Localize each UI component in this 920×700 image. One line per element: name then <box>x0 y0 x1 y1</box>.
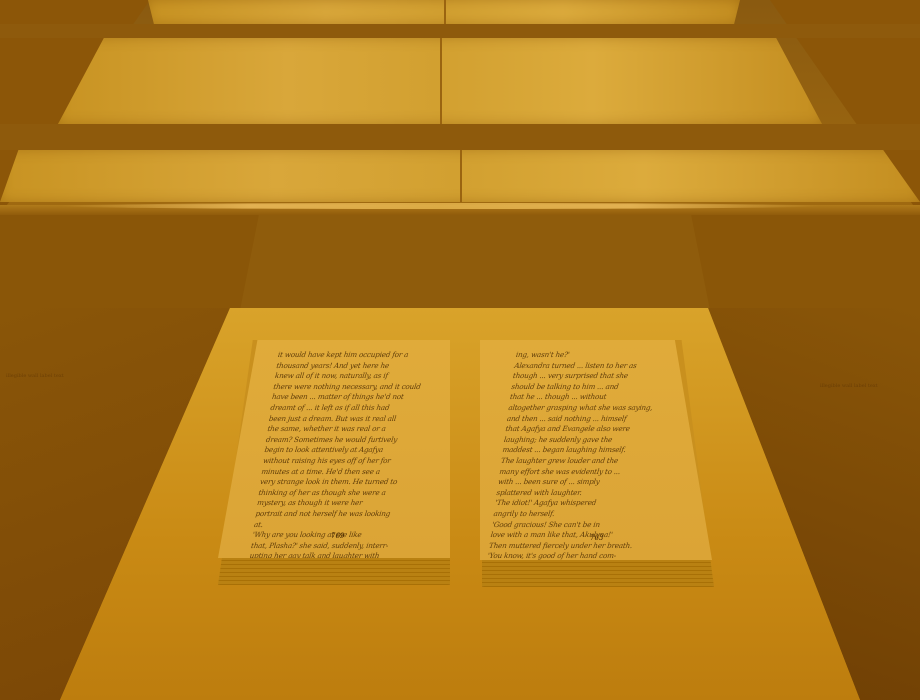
handwritten-line: with ... been sure of ... simply <box>497 477 702 488</box>
handwritten-line: the same, whether it was real or a <box>267 424 448 435</box>
handwritten-line: should be talking to him ... and <box>511 382 712 393</box>
handwritten-line: knew all of it now, naturally, as if <box>274 371 450 382</box>
page-number-right: 763 <box>590 534 603 542</box>
manuscript-page-left: it would have kept him occupied for atho… <box>218 340 450 558</box>
handwritten-line: 'Good gracious! She can't be in <box>491 520 696 531</box>
handwritten-line: that, Plasha?' she said, suddenly, inter… <box>250 541 431 552</box>
page-number-left: 769 <box>331 532 344 540</box>
handwritten-line: 'You know, it's good of her hand com- <box>487 551 692 560</box>
handwritten-line: and then ... said nothing ... himself <box>506 414 711 425</box>
handwritten-line: maddest ... began laughing himself. <box>502 445 707 456</box>
ceiling-light-panel-bottom <box>0 150 920 202</box>
glass-reflection-glint <box>60 203 820 209</box>
handwritten-line: there were nothing necessary, and it cou… <box>273 382 450 393</box>
handwritten-line: without raising his eyes off of her for <box>262 456 443 467</box>
handwritten-line: The laughter grew louder and the <box>500 456 705 467</box>
handwritten-line: mystery, as though it were her <box>256 498 437 509</box>
handwritten-line: upting her gay talk and laughter with <box>249 551 430 558</box>
museum-display-scene: illegible wall label text illegible wall… <box>0 0 920 700</box>
handwritten-line: 'The idiot!' Agafya whispered <box>494 498 699 509</box>
handwritten-line: minutes at a time. He'd then see a <box>261 467 442 478</box>
handwritten-line: altogether grasping what she was saying, <box>508 403 712 414</box>
handwritten-line: splattered with laughter. <box>496 488 701 499</box>
ceiling-beam <box>0 24 920 38</box>
handwritten-text-left: it would have kept him occupied for atho… <box>241 350 450 558</box>
handwritten-line: that he ... though ... without <box>509 392 712 403</box>
handwritten-line: at. <box>253 520 434 531</box>
ceiling-light-panel-middle <box>58 38 822 124</box>
handwritten-text-right: ing, wasn't he?' Alexandra turned ... li… <box>480 350 712 560</box>
handwritten-line: that Agafya and Evangele also were <box>505 424 710 435</box>
ceiling-light-panel-top <box>148 0 740 24</box>
ceiling <box>0 0 920 215</box>
ceiling-beam <box>0 124 920 150</box>
left-wall-label: illegible wall label text <box>6 373 64 379</box>
right-wall-label: illegible wall label text <box>820 383 878 389</box>
handwritten-line: Then muttered fiercely under her breath. <box>488 541 693 552</box>
handwritten-line: portrait and not herself he was looking <box>255 509 436 520</box>
handwritten-line: angrily to herself. <box>493 509 698 520</box>
handwritten-line: have been ... matter of things he'd not <box>271 392 450 403</box>
handwritten-line: been just a dream. But was it real all <box>268 414 449 425</box>
back-wall <box>0 215 920 310</box>
handwritten-line: it would have kept him occupied for a <box>277 350 450 361</box>
handwritten-line: many effort she was evidently to ... <box>499 467 704 478</box>
handwritten-line: dream? Sometimes he would furtively <box>265 435 446 446</box>
handwritten-line: dreamt of ... it left as if all this had <box>270 403 450 414</box>
manuscript-page-right: ing, wasn't he?' Alexandra turned ... li… <box>480 340 712 560</box>
handwritten-line: laughing; he suddenly gave the <box>503 435 708 446</box>
handwritten-line: very strange look in them. He turned to <box>259 477 440 488</box>
handwritten-line: thinking of her as though she were a <box>258 488 439 499</box>
handwritten-line: thousand years! And yet here he <box>276 361 450 372</box>
handwritten-line: begin to look attentively at Agafya <box>264 445 445 456</box>
